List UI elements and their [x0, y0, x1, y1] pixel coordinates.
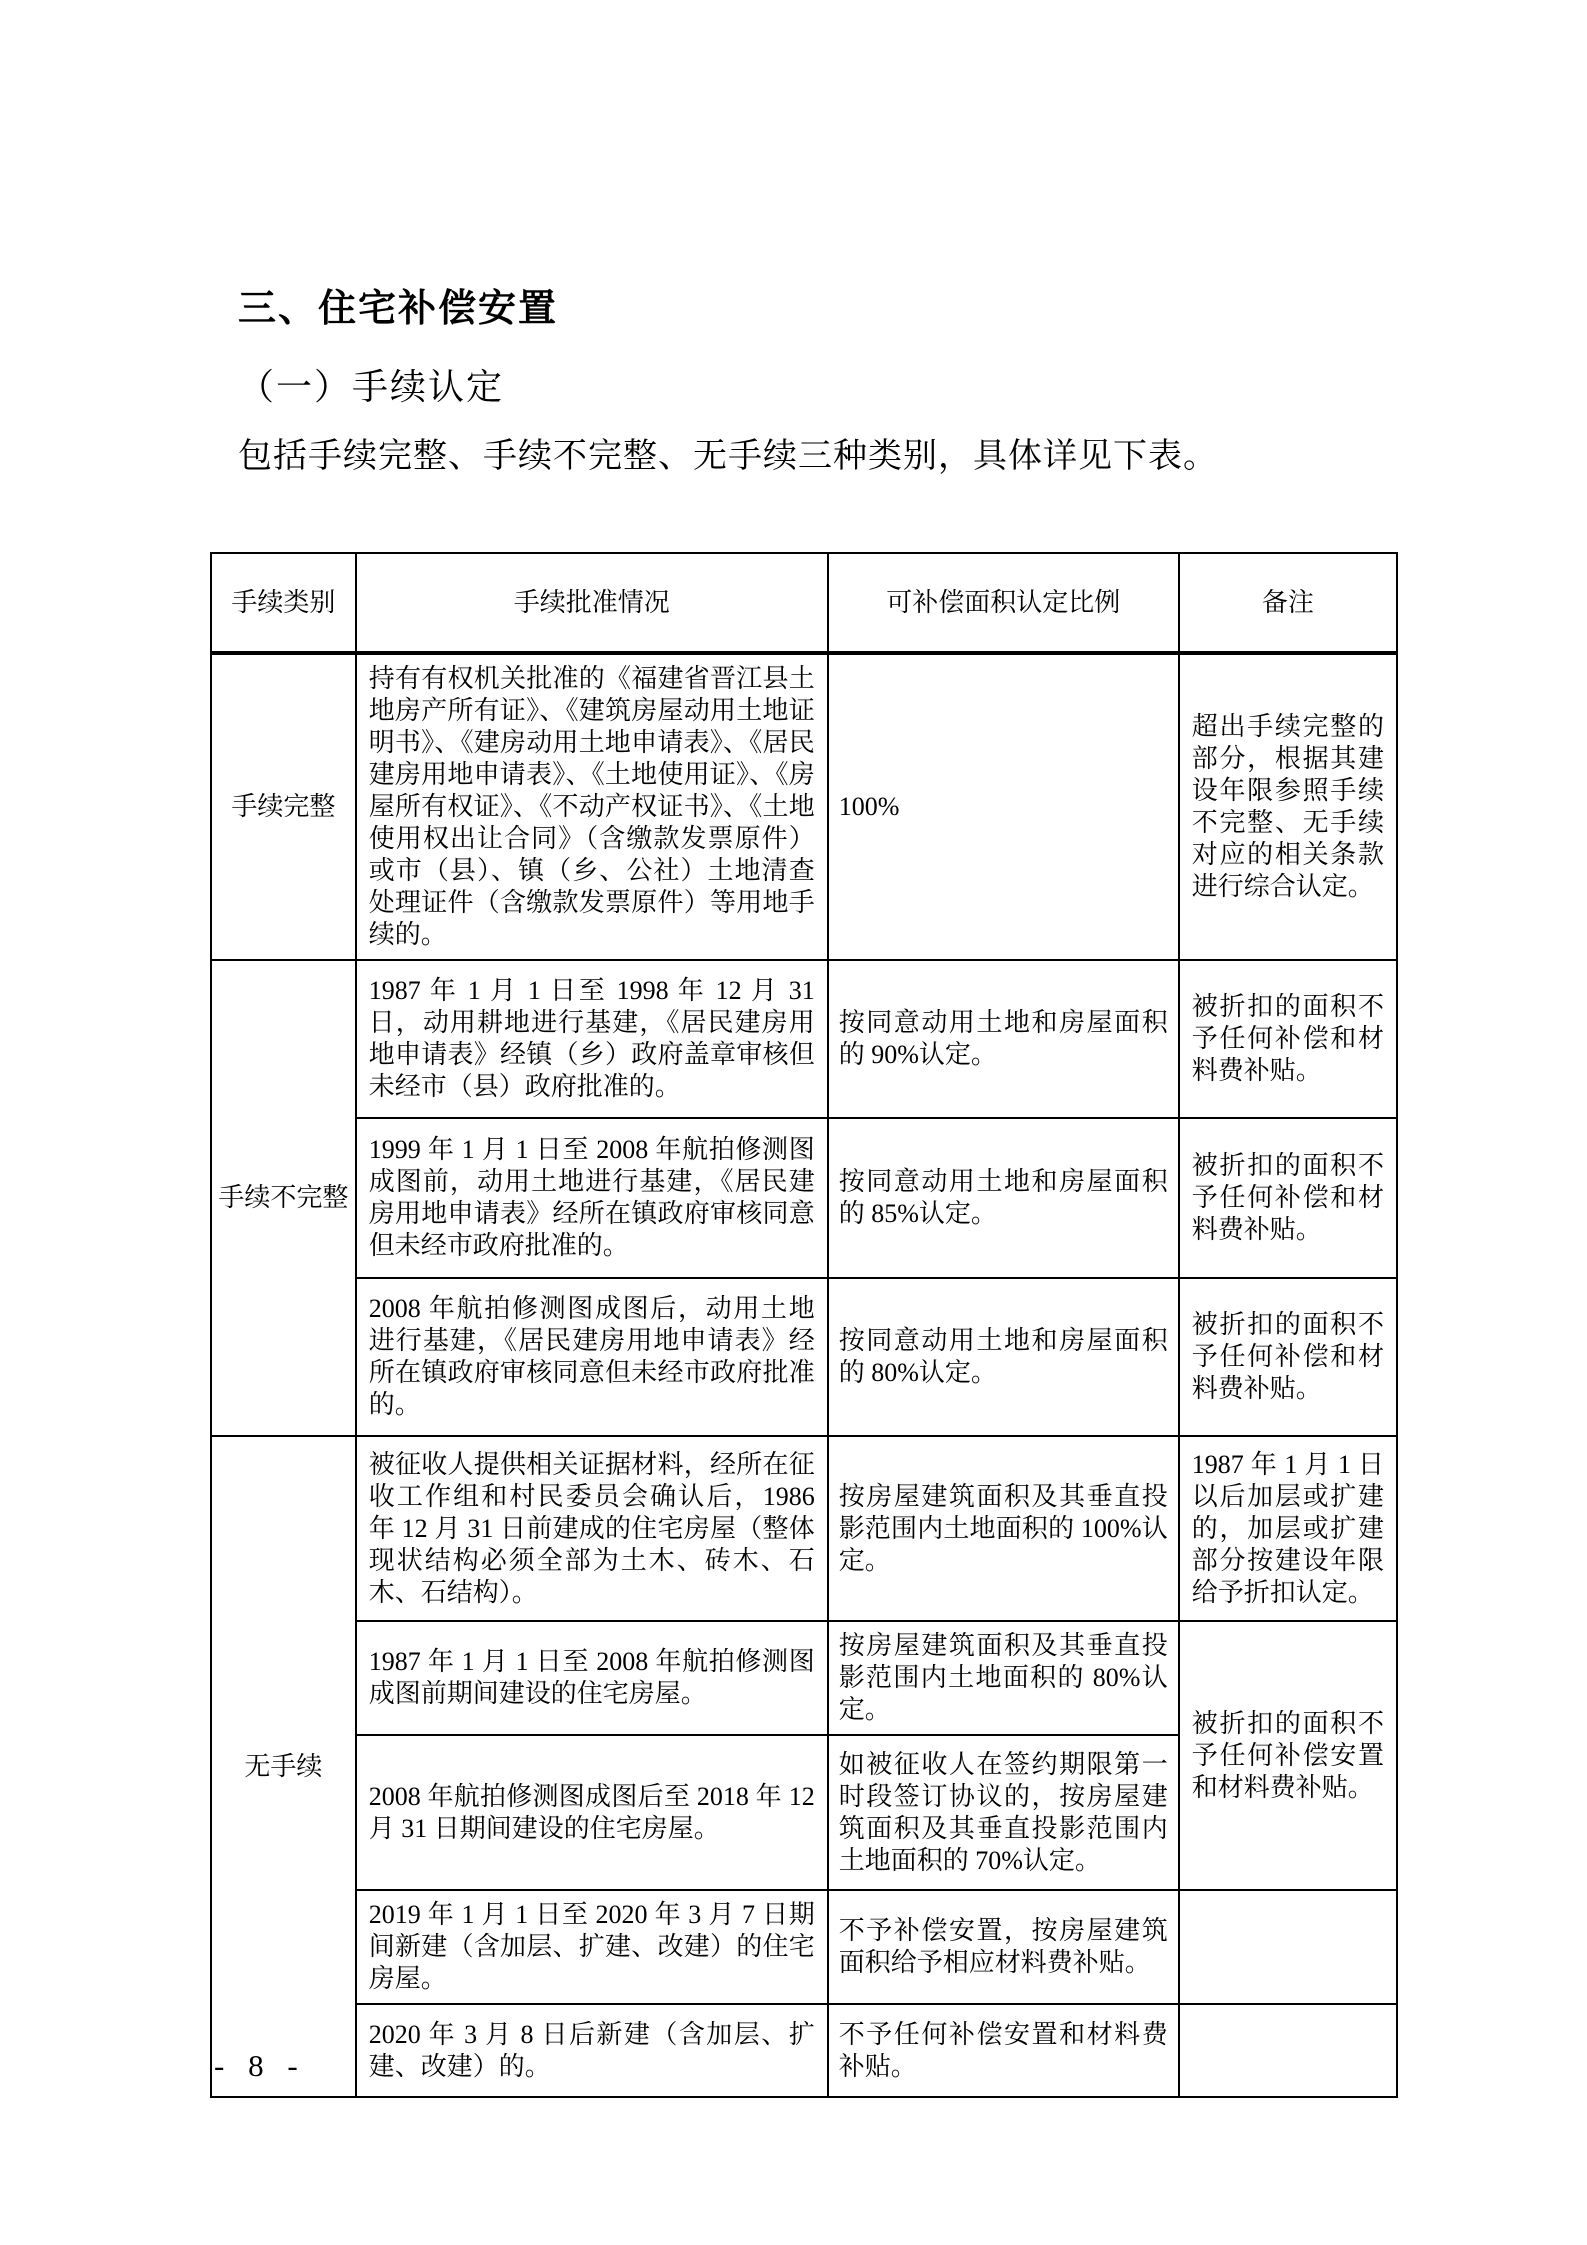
remark-cell: 1987 年 1 月 1 日以后加层或扩建的，加层或扩建部分按建设年限给予折扣认…	[1179, 1436, 1397, 1621]
situation-cell: 1987 年 1 月 1 日至 2008 年航拍修测图成图前期间建设的住宅房屋。	[356, 1621, 828, 1735]
ratio-cell: 不予补偿安置，按房屋建筑面积给予相应材料费补贴。	[828, 1890, 1179, 2004]
situation-cell: 2019 年 1 月 1 日至 2020 年 3 月 7 日期间新建（含加层、扩…	[356, 1890, 828, 2004]
table-row: 2008 年航拍修测图成图后，动用土地进行基建，《居民建房用地申请表》经所在镇政…	[211, 1278, 1397, 1436]
situation-cell: 2008 年航拍修测图成图后至 2018 年 12 月 31 日期间建设的住宅房…	[356, 1735, 828, 1890]
situation-cell: 2008 年航拍修测图成图后，动用土地进行基建，《居民建房用地申请表》经所在镇政…	[356, 1278, 828, 1436]
column-header-procedure-category: 手续类别	[211, 553, 356, 653]
table-header-row: 手续类别 手续批准情况 可补偿面积认定比例 备注	[211, 553, 1397, 653]
ratio-cell: 不予任何补偿安置和材料费补贴。	[828, 2004, 1179, 2097]
ratio-cell: 按同意动用土地和房屋面积的 80%认定。	[828, 1278, 1179, 1436]
situation-cell: 被征收人提供相关证据材料，经所在征收工作组和村民委员会确认后，1986 年 12…	[356, 1436, 828, 1621]
subsection-title: （一）手续认定	[238, 361, 1417, 413]
situation-cell: 1999 年 1 月 1 日至 2008 年航拍修测图成图前，动用土地进行基建，…	[356, 1118, 828, 1278]
ratio-cell: 按同意动用土地和房屋面积的 85%认定。	[828, 1118, 1179, 1278]
ratio-cell: 按同意动用土地和房屋面积的 90%认定。	[828, 960, 1179, 1118]
document-page: 三、住宅补偿安置 （一）手续认定 包括手续完整、手续不完整、无手续三种类别，具体…	[0, 0, 1587, 2245]
category-cell-none: 无手续	[211, 1436, 356, 2097]
ratio-cell: 100%	[828, 653, 1179, 960]
ratio-cell: 按房屋建筑面积及其垂直投影范围内土地面积的 80%认定。	[828, 1621, 1179, 1735]
table-row: 1999 年 1 月 1 日至 2008 年航拍修测图成图前，动用土地进行基建，…	[211, 1118, 1397, 1278]
remark-cell-empty	[1179, 2004, 1397, 2097]
remark-cell: 超出手续完整的部分，根据其建设年限参照手续不完整、无手续对应的相关条款进行综合认…	[1179, 653, 1397, 960]
ratio-cell: 按房屋建筑面积及其垂直投影范围内土地面积的 100%认定。	[828, 1436, 1179, 1621]
page-number: - 8 -	[214, 2048, 306, 2084]
remark-cell-empty	[1179, 1890, 1397, 2004]
table-row: 1987 年 1 月 1 日至 2008 年航拍修测图成图前期间建设的住宅房屋。…	[211, 1621, 1397, 1735]
intro-paragraph: 包括手续完整、手续不完整、无手续三种类别，具体详见下表。	[170, 425, 1437, 489]
section-title: 三、住宅补偿安置	[238, 283, 1417, 335]
procedure-recognition-table: 手续类别 手续批准情况 可补偿面积认定比例 备注 手续完整 持有有权机关批准的《…	[210, 552, 1398, 2098]
column-header-compensable-ratio: 可补偿面积认定比例	[828, 553, 1179, 653]
category-cell-complete: 手续完整	[211, 653, 356, 960]
ratio-cell: 如被征收人在签约期限第一时段签订协议的，按房屋建筑面积及其垂直投影范围内土地面积…	[828, 1735, 1179, 1890]
table-row: 手续不完整 1987 年 1 月 1 日至 1998 年 12 月 31 日，动…	[211, 960, 1397, 1118]
table-row: 手续完整 持有有权机关批准的《福建省晋江县土地房产所有证》、《建筑房屋动用土地证…	[211, 653, 1397, 960]
situation-cell: 2020 年 3 月 8 日后新建（含加层、扩建、改建）的。	[356, 2004, 828, 2097]
situation-cell: 1987 年 1 月 1 日至 1998 年 12 月 31 日，动用耕地进行基…	[356, 960, 828, 1118]
remark-cell: 被折扣的面积不予任何补偿安置和材料费补贴。	[1179, 1621, 1397, 1890]
table-row: 无手续 被征收人提供相关证据材料，经所在征收工作组和村民委员会确认后，1986 …	[211, 1436, 1397, 1621]
situation-cell: 持有有权机关批准的《福建省晋江县土地房产所有证》、《建筑房屋动用土地证明书》、《…	[356, 653, 828, 960]
column-header-remark: 备注	[1179, 553, 1397, 653]
column-header-approval-situation: 手续批准情况	[356, 553, 828, 653]
table-row: 2020 年 3 月 8 日后新建（含加层、扩建、改建）的。 不予任何补偿安置和…	[211, 2004, 1397, 2097]
remark-cell: 被折扣的面积不予任何补偿和材料费补贴。	[1179, 960, 1397, 1118]
remark-cell: 被折扣的面积不予任何补偿和材料费补贴。	[1179, 1118, 1397, 1278]
remark-cell: 被折扣的面积不予任何补偿和材料费补贴。	[1179, 1278, 1397, 1436]
category-cell-incomplete: 手续不完整	[211, 960, 356, 1436]
table-row: 2019 年 1 月 1 日至 2020 年 3 月 7 日期间新建（含加层、扩…	[211, 1890, 1397, 2004]
